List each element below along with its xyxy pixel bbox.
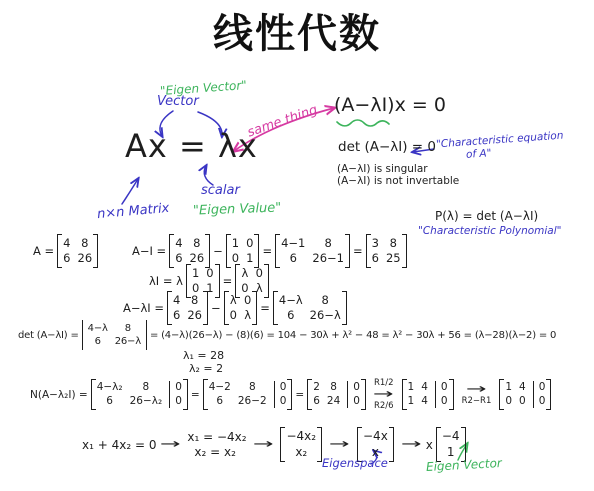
matrix-cell: 0 <box>533 395 546 409</box>
matrix-cell: 8 <box>249 381 256 395</box>
lhs-ai: A−I = <box>132 244 166 258</box>
matrix-cell: 0 <box>435 395 448 409</box>
nxn-matrix-label: n×n Matrix <box>96 201 169 222</box>
matrix-cell: 26−2 <box>238 395 267 409</box>
matrix-cell: 0 <box>206 266 213 281</box>
pivot-equation: x₁ + 4x₂ = 0 <box>82 438 156 452</box>
matrix-cell: 6 <box>372 251 379 266</box>
matrix-cell: 0 <box>169 395 182 409</box>
matrix-cell: 1 <box>192 266 199 281</box>
matrix-cells: 4−18626−1 <box>281 236 344 266</box>
augmented-matrix: 140140 <box>402 379 454 410</box>
matrix-cell: 8 <box>330 381 337 395</box>
a-minus-i-row: A−I = 48626 − 1001 = 4−18626−1 = 38625 <box>132 234 410 268</box>
determinant-row: det (A−λI) = 4−λ8626−λ = (4−λ)(26−λ) − (… <box>18 320 556 350</box>
lhs-li: λI = λ <box>149 274 183 288</box>
vector-label: Vector <box>157 94 199 109</box>
matrix-cell: 8 <box>193 236 200 251</box>
matrix-cell: 3 <box>372 236 379 251</box>
row-operation-arrow: → R2−R1 <box>462 383 492 406</box>
det-expansion: = (4−λ)(26−λ) − (8)(6) = 104 − 30λ + λ² … <box>150 330 556 341</box>
matrix-cells: −4x₂x₂ <box>286 429 316 460</box>
characteristic-note-line1: "Characteristic equation <box>436 130 564 151</box>
matrix: 4−18626−1 <box>275 234 350 268</box>
equals-sign: = <box>223 274 233 288</box>
matrix-cell: −4x <box>363 429 388 445</box>
lambda1-value: λ₁ = 28 <box>183 349 224 362</box>
matrix-cells: 1001 <box>232 236 254 266</box>
eigenspace-label: Eigenspace <box>322 456 388 470</box>
arrow-icon: → <box>329 437 350 452</box>
matrix-cell: 2 <box>313 381 320 395</box>
equals-sign: = <box>353 244 363 258</box>
matrix: 38625 <box>366 234 407 268</box>
arrow-icon: → <box>373 388 394 402</box>
matrix-cells: 38625 <box>372 236 401 266</box>
eigenvector: −41 <box>436 427 466 462</box>
matrix-cell: 6 <box>313 395 320 409</box>
row-op-label-bottom: R2−R1 <box>462 397 492 406</box>
null-space-row: N(A−λ₂I) = 4−λ₂80626−λ₂0 = 4−280626−20 =… <box>30 379 554 410</box>
equals-sign: = <box>295 389 304 401</box>
matrix-cell: 26−λ <box>115 335 141 348</box>
matrix-cells: λ00λ <box>230 293 252 323</box>
matrix-cell: 1 <box>505 381 512 395</box>
matrix-cells: 140140 <box>408 381 448 408</box>
matrix-cells: 4−λ8626−λ <box>88 322 141 348</box>
solution-x2: x₂ = x₂ <box>187 445 236 460</box>
matrix-cell: 8 <box>325 236 332 251</box>
eigen-value-label: "Eigen Value" <box>193 200 282 218</box>
augmented-matrix: 4−280626−20 <box>203 379 293 410</box>
same-thing-label: same thing <box>246 103 320 141</box>
matrix-cell: 8 <box>81 236 88 251</box>
augmented-matrix: 4−λ₂80626−λ₂0 <box>91 379 188 410</box>
matrix-cell: 0 <box>256 266 263 281</box>
matrix-cell: 1 <box>408 395 415 409</box>
row-op-label-bottom: R2/6 <box>374 402 394 411</box>
matrix-cell: 26−λ₂ <box>130 395 163 409</box>
matrix-cell: −4 <box>442 429 460 445</box>
matrix-cell: 0 <box>244 293 251 308</box>
matrix-cell: 4−1 <box>281 236 305 251</box>
matrix-cell: 0 <box>246 236 253 251</box>
vector: −4x₂x₂ <box>280 427 322 462</box>
matrix-cell: −4x₂ <box>286 429 316 445</box>
matrix: 48626 <box>169 234 210 268</box>
scalar-label: scalar <box>201 183 240 198</box>
matrix-cell: 4−2 <box>209 381 231 395</box>
matrix-cell: 8 <box>143 381 150 395</box>
matrix-cells: 48626 <box>63 236 92 266</box>
matrix-cell: 1 <box>232 236 239 251</box>
characteristic-system-equation: (A−λI)x = 0 <box>334 94 446 116</box>
matrix-cell: 8 <box>322 293 329 308</box>
matrix-cells: 4−λ8626−λ <box>279 293 341 323</box>
matrix-cell: 4−λ <box>88 322 108 335</box>
arrow-icon: → <box>401 437 422 452</box>
eigen-vector-bottom-label: Eigen Vector <box>426 456 502 474</box>
matrix-cell: 0 <box>169 381 182 395</box>
matrix-cell: 6 <box>216 395 223 409</box>
matrix-cells: 48626 <box>175 236 204 266</box>
matrix-cell: 8 <box>125 322 131 335</box>
characteristic-polynomial: P(λ) = det (A−λI) <box>435 209 538 223</box>
row-operation-arrow: R1/2 → R2/6 <box>374 379 394 410</box>
matrix-cell: 0 <box>347 395 360 409</box>
solution-x1: x₁ = −4x₂ <box>187 430 246 445</box>
arrow-icon: → <box>161 437 182 452</box>
lhs-det: det (A−λI) = <box>18 330 79 341</box>
matrix-cell: 26−1 <box>312 251 344 266</box>
determinant-matrix: 4−λ8626−λ <box>82 320 147 350</box>
matrix-cell: 8 <box>390 236 397 251</box>
scalar-x: x <box>426 438 433 452</box>
matrix-cell: 1 <box>408 381 415 395</box>
characteristic-det-equation: det (A−λI) = 0 <box>338 139 436 155</box>
matrix-cell: 6 <box>106 395 113 409</box>
matrix-cell: 4 <box>173 293 180 308</box>
lhs-a: A = <box>33 244 54 258</box>
matrix-cell: 25 <box>386 251 401 266</box>
lhs-ali: A−λI = <box>123 301 164 315</box>
matrix-cell: 0 <box>274 381 287 395</box>
matrix-cell: 4 <box>175 236 182 251</box>
matrix-cell: 0 <box>519 395 526 409</box>
equals-sign: = <box>262 244 272 258</box>
arrow-matrix-to-a <box>122 179 138 204</box>
eigenvector-solution-row: x₁ + 4x₂ = 0 → x₁ = −4x₂ x₂ = x₂ → −4x₂x… <box>82 427 469 462</box>
lambda2-value: λ₂ = 2 <box>189 362 223 375</box>
matrix-cells: 140000 <box>505 381 545 408</box>
matrix-cells: −41 <box>442 429 460 460</box>
matrix-cell: 8 <box>191 293 198 308</box>
augmented-matrix: 140000 <box>499 379 551 410</box>
matrix-cell: 6 <box>95 335 101 348</box>
matrix-cell: 6 <box>290 251 297 266</box>
matrix-cell: 0 <box>347 381 360 395</box>
matrix-cell: 4−λ₂ <box>97 381 123 395</box>
identity-matrix: 1001 <box>226 234 260 268</box>
matrix-cell: 0 <box>505 395 512 409</box>
page-title: 线性代数 <box>0 2 594 59</box>
augmented-matrix: 2806240 <box>307 379 366 410</box>
matrix-cell: 4 <box>421 381 428 395</box>
notes-canvas: 线性代数 "Eigen Vector" Vector Ax = λx same … <box>0 0 594 491</box>
matrix-cell: 24 <box>327 395 340 409</box>
matrix-cell: 4 <box>421 395 428 409</box>
arrow-icon: → <box>466 383 487 397</box>
matrix-cell: 4 <box>519 381 526 395</box>
matrix-a: 48626 <box>57 234 98 268</box>
equals-sign: = <box>260 301 270 315</box>
matrix-cells: 48626 <box>173 293 202 323</box>
matrix-cells: 2806240 <box>313 381 360 408</box>
matrix-cell: 4−λ <box>279 293 303 308</box>
underbrace-squiggle <box>337 120 389 126</box>
matrix-cells: 4−λ₂80626−λ₂0 <box>97 381 182 408</box>
eigen-equation: Ax = λx <box>125 127 258 165</box>
singular-note: (A−λI) is singular <box>337 163 428 175</box>
equals-sign: = <box>191 389 200 401</box>
characteristic-note-line2: of A" <box>466 147 492 161</box>
matrix-cell: 0 <box>274 395 287 409</box>
arrow-icon: → <box>253 437 274 452</box>
characteristic-polynomial-label: "Characteristic Polynomial" <box>418 225 562 237</box>
matrix-cell: λ <box>242 266 249 281</box>
matrix-cell: 26 <box>78 251 93 266</box>
lhs-null: N(A−λ₂I) = <box>30 389 88 401</box>
matrix-cell: λ <box>230 293 237 308</box>
matrix-cells: 4−280626−20 <box>209 381 287 408</box>
minus-sign: − <box>213 244 223 258</box>
matrix-a-definition: A = 48626 <box>33 234 101 268</box>
matrix-cell: 0 <box>533 381 546 395</box>
solution-stack: x₁ = −4x₂ x₂ = x₂ <box>187 430 246 460</box>
matrix-cell: 4 <box>63 236 70 251</box>
minus-sign: − <box>211 301 221 315</box>
matrix-cell: x₂ <box>295 445 307 461</box>
matrix-cell: 6 <box>63 251 70 266</box>
matrix-cell: 0 <box>435 381 448 395</box>
not-invertable-note: (A−λI) is not invertable <box>337 175 459 187</box>
